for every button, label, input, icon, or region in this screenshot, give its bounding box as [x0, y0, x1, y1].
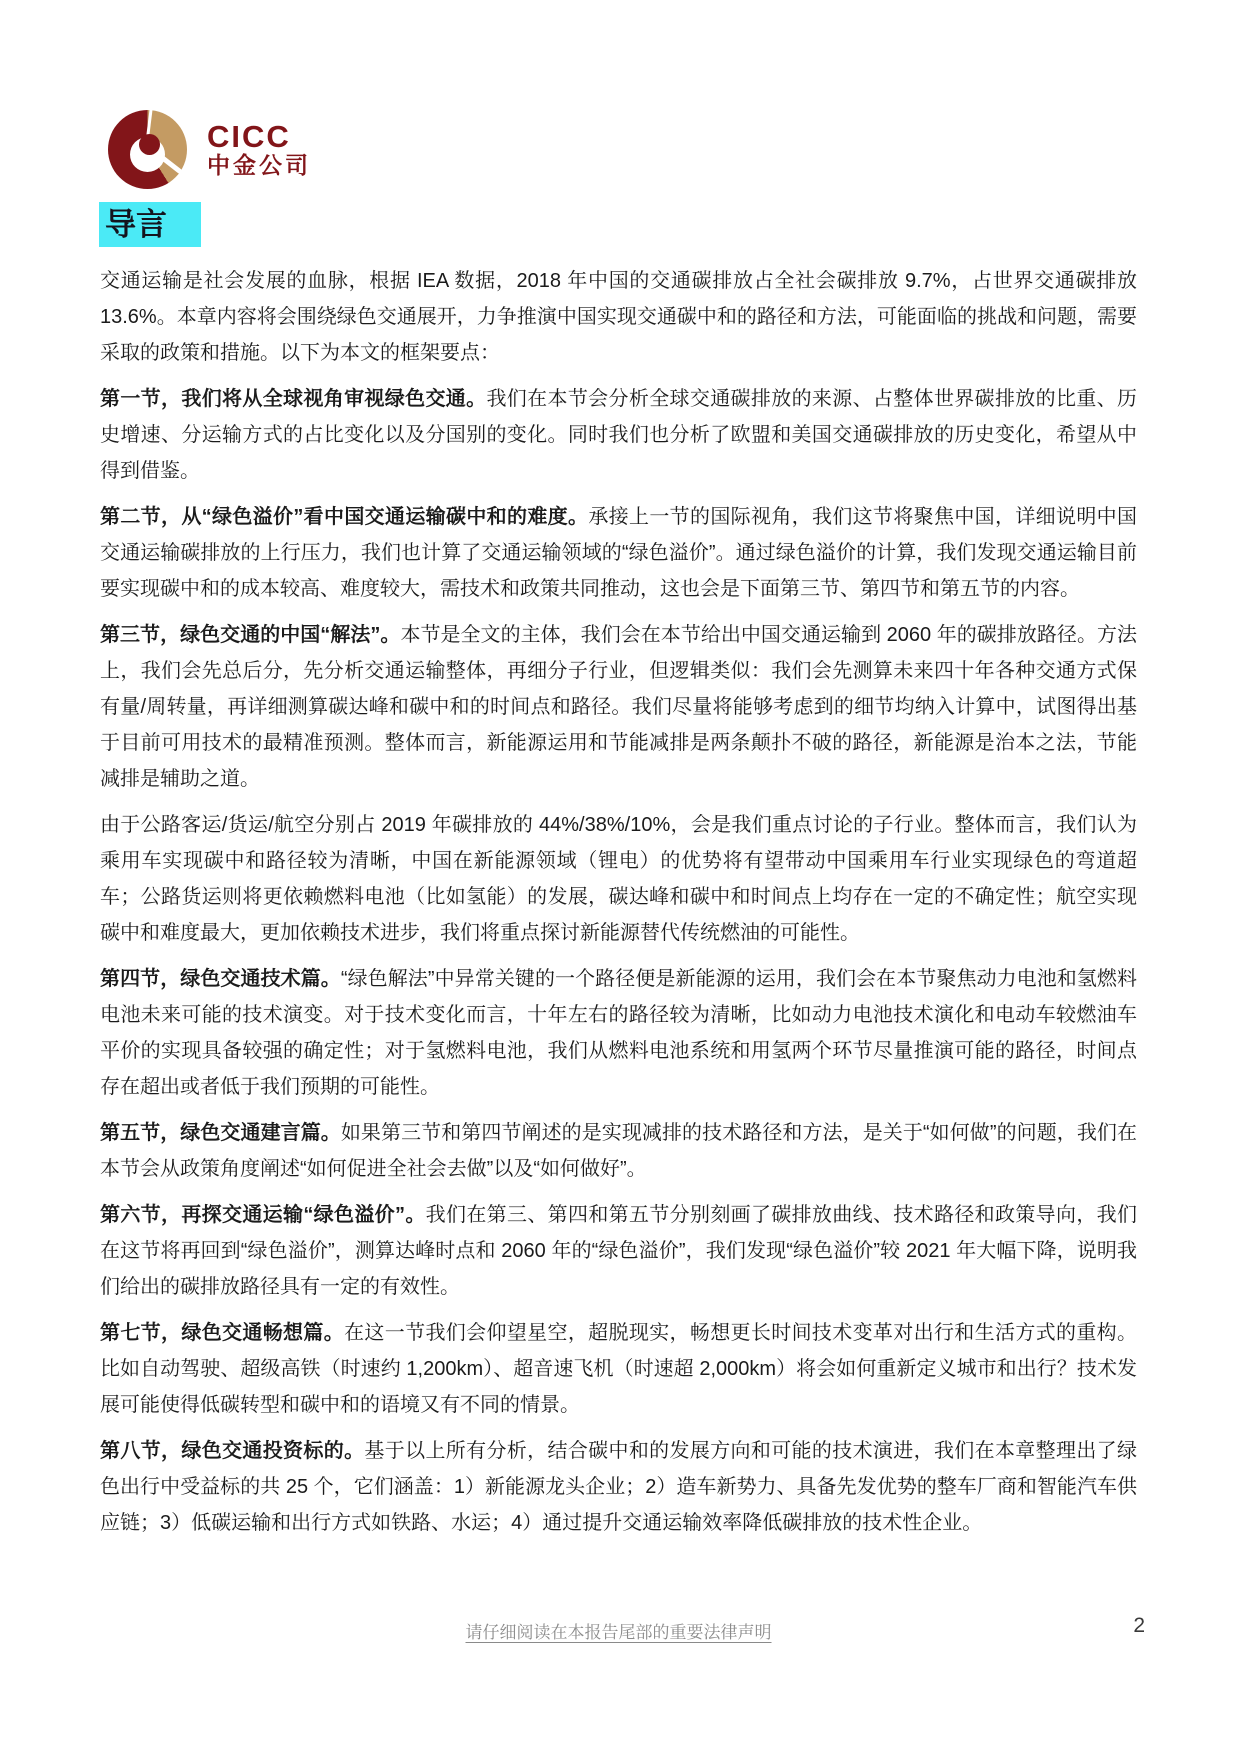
- legal-disclaimer-link[interactable]: 请仔细阅读在本报告尾部的重要法律声明: [100, 1618, 1137, 1643]
- paragraph-lead: 第七节，绿色交通畅想篇。: [100, 1322, 344, 1344]
- brand-name-en: CICC: [207, 121, 311, 152]
- paragraph-section-4: 第四节，绿色交通技术篇。“绿色解法”中异常关键的一个路径便是新能源的运用，我们会…: [100, 961, 1137, 1105]
- brand-name-cn: 中金公司: [207, 152, 311, 178]
- document-body: 交通运输是社会发展的血脉，根据 IEA 数据，2018 年中国的交通碳排放占全社…: [100, 263, 1137, 1551]
- paragraph-section-8: 第八节，绿色交通投资标的。基于以上所有分析，结合碳中和的发展方向和可能的技术演进…: [100, 1433, 1137, 1541]
- paragraph-section-3: 第三节，绿色交通的中国“解法”。本节是全文的主体，我们会在本节给出中国交通运输到…: [100, 617, 1137, 797]
- page-title: 导言: [99, 202, 201, 247]
- paragraph-text: 交通运输是社会发展的血脉，根据 IEA 数据，2018 年中国的交通碳排放占全社…: [100, 270, 1137, 364]
- brand-text: CICC 中金公司: [207, 121, 311, 178]
- page-footer: 请仔细阅读在本报告尾部的重要法律声明 2: [100, 1618, 1137, 1643]
- paragraph-lead: 第三节，绿色交通的中国“解法”。: [100, 624, 400, 646]
- logo-tail-shape: [159, 155, 183, 175]
- paragraph-lead: 第八节，绿色交通投资标的。: [100, 1440, 364, 1462]
- paragraph-section-6: 第六节，再探交通运输“绿色溢价”。我们在第三、第四和第五节分别刻画了碳排放曲线、…: [100, 1197, 1137, 1305]
- paragraph-section-5: 第五节，绿色交通建言篇。如果第三节和第四节阐述的是实现减排的技术路径和方法，是关…: [100, 1115, 1137, 1187]
- paragraph-intro: 交通运输是社会发展的血脉，根据 IEA 数据，2018 年中国的交通碳排放占全社…: [100, 263, 1137, 371]
- logo-slit-shape: [146, 108, 152, 136]
- paragraph-lead: 第二节，从“绿色溢价”看中国交通运输碳中和的难度。: [100, 506, 588, 528]
- paragraph-lead: 第四节，绿色交通技术篇。: [100, 968, 341, 990]
- paragraph-text: 由于公路客运/货运/航空分别占 2019 年碳排放的 44%/38%/10%，会…: [100, 814, 1137, 944]
- page-number: 2: [1133, 1614, 1145, 1638]
- paragraph-text: 本节是全文的主体，我们会在本节给出中国交通运输到 2060 年的碳排放路径。方法…: [100, 624, 1137, 790]
- paragraph-lead: 第五节，绿色交通建言篇。: [100, 1122, 341, 1144]
- report-page: CICC 中金公司 导言 交通运输是社会发展的血脉，根据 IEA 数据，2018…: [0, 0, 1238, 1754]
- section-heading: 导言: [99, 202, 201, 247]
- paragraph-section-2: 第二节，从“绿色溢价”看中国交通运输碳中和的难度。承接上一节的国际视角，我们这节…: [100, 499, 1137, 607]
- cicc-brand: CICC 中金公司: [108, 110, 311, 189]
- paragraph-subsectors: 由于公路客运/货运/航空分别占 2019 年碳排放的 44%/38%/10%，会…: [100, 807, 1137, 951]
- paragraph-lead: 第六节，再探交通运输“绿色溢价”。: [100, 1204, 426, 1226]
- paragraph-section-7: 第七节，绿色交通畅想篇。在这一节我们会仰望星空，超脱现实，畅想更长时间技术变革对…: [100, 1315, 1137, 1423]
- paragraph-lead: 第一节，我们将从全球视角审视绿色交通。: [100, 388, 486, 410]
- logo-dot-shape: [139, 134, 160, 155]
- paragraph-section-1: 第一节，我们将从全球视角审视绿色交通。我们在本节会分析全球交通碳排放的来源、占整…: [100, 381, 1137, 489]
- cicc-logo-icon: [108, 110, 187, 189]
